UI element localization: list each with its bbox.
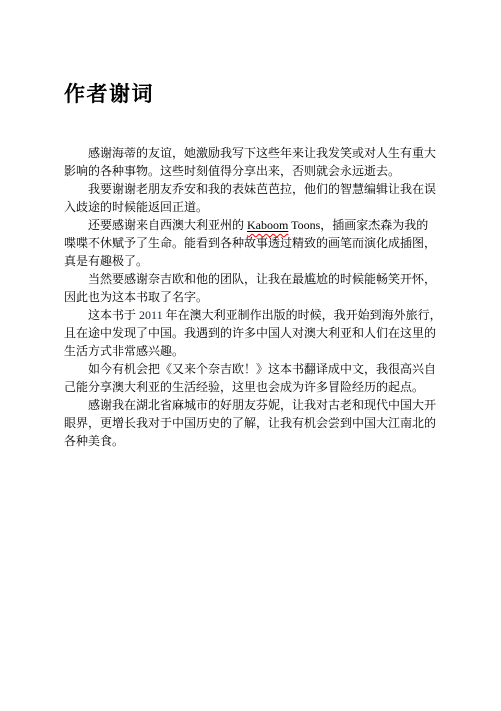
paragraph-acknowledge-heidi: 感谢海蒂的友谊，她激励我写下这些年来让我发笑或对人生有重大 影响的各种事物。这些… — [64, 144, 444, 180]
kaboom-word: Kaboom — [247, 218, 288, 232]
publication-year: 2011 — [139, 308, 163, 322]
page-title: 作者谢词 — [64, 84, 441, 106]
paragraph-5-lead-text: 这本书于 — [88, 308, 139, 322]
document-viewport: { "document": { "title": "作者谢词", "paragr… — [0, 0, 501, 711]
paragraph-translation-note: 如今有机会把《又来个奈吉欧！》这本书翻译成中文，我很高兴自 己能分享澳大利亚的生… — [64, 360, 444, 396]
paragraph-publication-history: 这本书于 2011 年在澳大利亚制作出版的时候，我开始到海外旅行， 且在途中发现… — [64, 306, 444, 360]
paragraph-acknowledge-friend-china: 感谢我在湖北省麻城市的好朋友芬妮，让我对古老和现代中国大开 眼界，更增长我对于中… — [64, 396, 444, 450]
spellcheck-underline: Kaboom — [247, 218, 288, 232]
paragraph-acknowledge-editors: 我要谢谢老朋友乔安和我的表妹芭芭拉，他们的智慧编辑让我在误 入歧途的时候能返回正… — [64, 180, 444, 216]
paragraph-3-lead-text: 还要感谢来自西澳大利亚州的 — [88, 218, 247, 232]
document-body: 感谢海蒂的友谊，她激励我写下这些年来让我发笑或对人生有重大 影响的各种事物。这些… — [64, 144, 444, 450]
document-page: 作者谢词 感谢海蒂的友谊，她激励我写下这些年来让我发笑或对人生有重大 影响的各种… — [0, 0, 501, 711]
paragraph-acknowledge-team: 当然要感谢奈吉欧和他的团队，让我在最尴尬的时候能畅笑开怀， 因此也为这本书取了名… — [64, 270, 444, 306]
paragraph-acknowledge-illustrator: 还要感谢来自西澳大利亚州的 Kaboom Toons，插画家杰森为我的 喋喋不休… — [64, 216, 444, 270]
